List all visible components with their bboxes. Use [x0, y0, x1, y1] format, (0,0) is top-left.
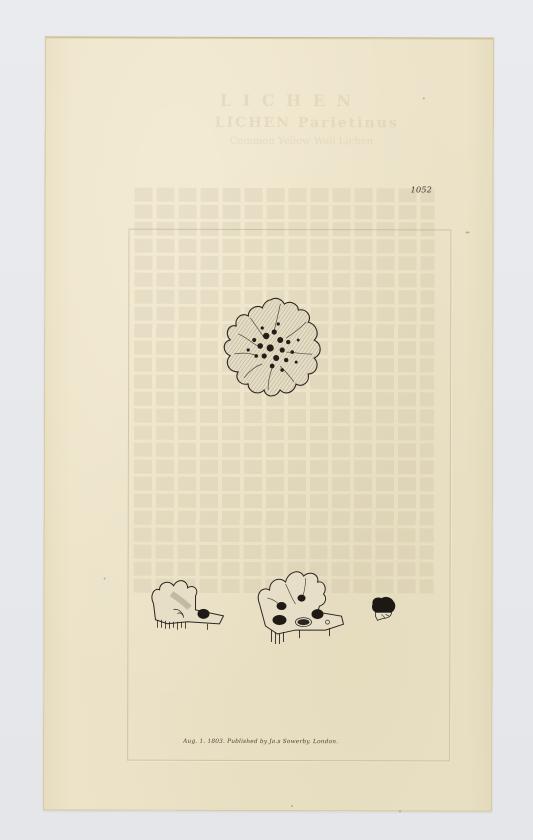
- foxing-spot: [399, 810, 401, 812]
- publisher-imprint: Aug. 1. 1803. Published by Ja.s Sowerby.…: [183, 739, 338, 745]
- engraving-sheet: L I C H E N LICHEN Parietinus Common Yel…: [43, 36, 494, 811]
- section-right-figure: [369, 594, 397, 624]
- main-thallus-figure: [218, 294, 324, 404]
- foxing-spot: [423, 97, 425, 99]
- plate-number: 1052: [411, 185, 433, 194]
- foxing-spot: [465, 232, 469, 234]
- foxing-spot: [291, 805, 293, 807]
- section-middle-figure: [255, 564, 351, 648]
- foxing-spot: [104, 578, 106, 580]
- section-left-figure: [147, 574, 229, 634]
